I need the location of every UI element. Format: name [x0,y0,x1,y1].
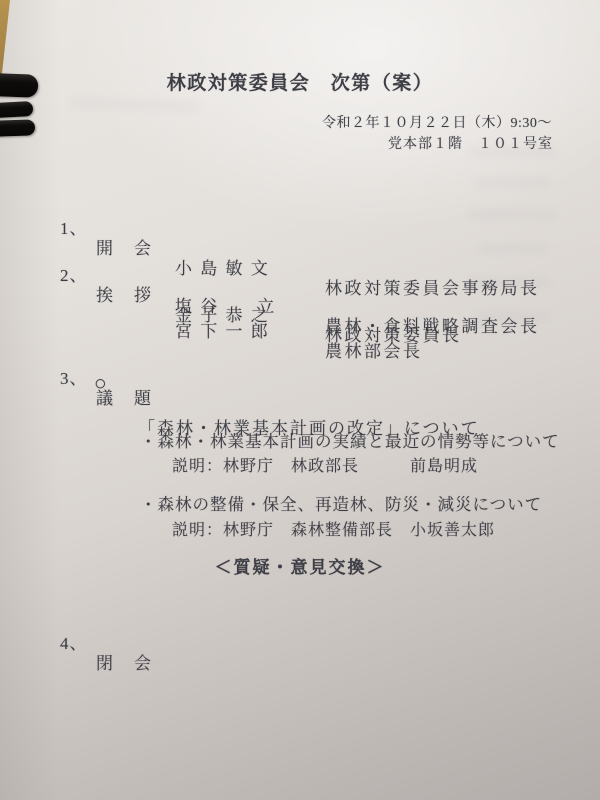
presenter-line: 説明：林野庁 森林整備部長 小坂善太郎 [172,517,495,540]
binder-clip-handle [0,73,38,97]
bleed-through-mark [468,210,556,219]
item-number: 1、 [60,214,88,239]
presenter-row: 説明：林野庁 林政部長 前島明成 [0,433,600,457]
bleed-through-mark [70,98,200,113]
binder-clip-handle [0,101,33,118]
bleed-through-mark [470,278,550,287]
item-label: 閉 会 [96,649,153,674]
speaker-name: 宮 下 一 郎 [175,317,270,342]
subtopic-row: ・森林・林業基本計画の実績と最近の情勢等について [0,408,600,432]
subtopic-row: ・森林の整備・保全、再造林、防災・減災について [0,471,600,495]
agenda-item-closing: 4、 閉 会 [0,609,600,633]
binder-clip-icon [0,72,42,140]
agenda-item-topics: 3、 議 題 [0,344,600,368]
binder-clip-body [0,119,35,136]
meeting-datetime: 令和２年１０月２２日（木）9:30～ [322,112,552,132]
bleed-through-mark [470,148,555,157]
presenter-row: 説明：林野庁 森林整備部長 小坂善太郎 [0,497,600,521]
agenda-page: 林政対策委員会 次第（案） 令和２年１０月２２日（木）9:30～ 党本部１階 １… [0,0,600,800]
bleed-through-mark [476,312,548,321]
topic-heading-row: ○ 「森林・林業基本計画の改定」について [0,374,600,398]
bleed-through-mark [478,244,548,253]
bleed-through-mark [475,178,550,187]
item-number: 4、 [60,629,88,654]
page-title: 林政対策委員会 次第（案） [0,68,600,95]
document-photo: 林政対策委員会 次第（案） 令和２年１０月２２日（木）9:30～ 党本部１階 １… [0,0,600,800]
qa-exchange-note: ＜質疑・意見交換＞ [0,553,600,578]
circle-marker-icon: ○ [94,371,107,396]
